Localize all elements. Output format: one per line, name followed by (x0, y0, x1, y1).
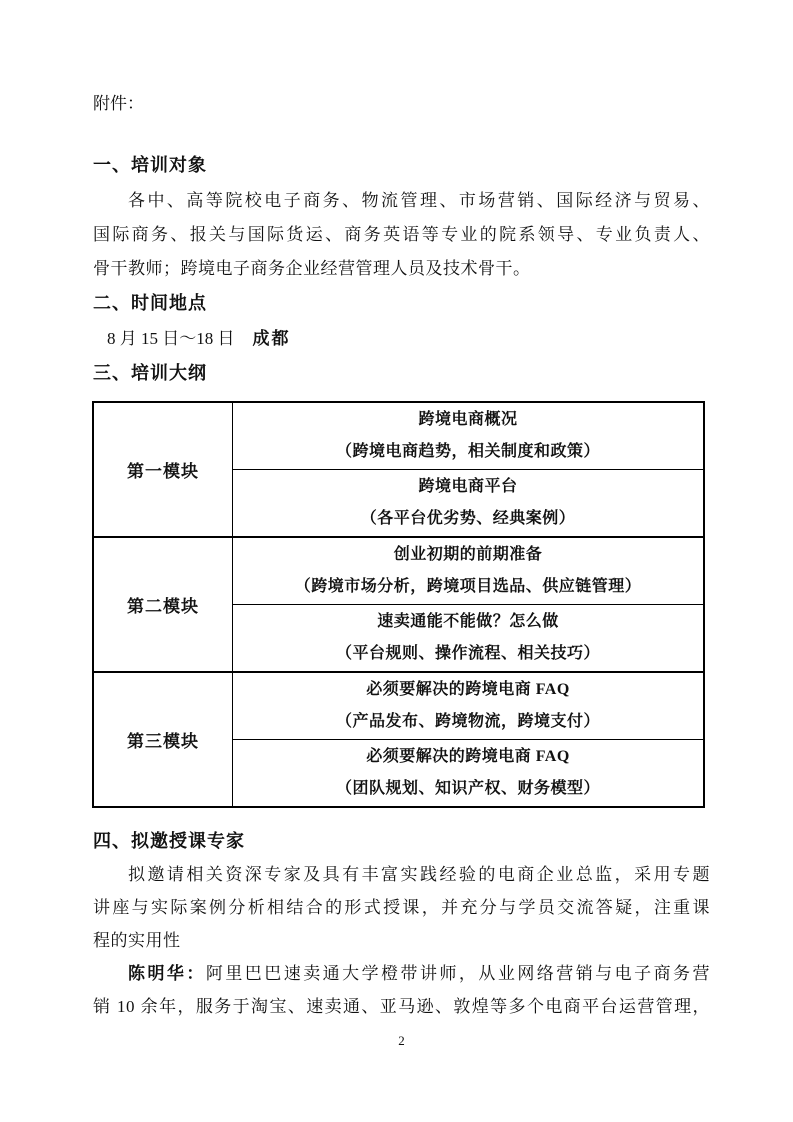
course-cell: 必须要解决的跨境电商 FAQ （团队规划、知识产权、财务模型） (233, 740, 705, 808)
attachment-label: 附件： (93, 87, 710, 121)
course-detail: （团队规划、知识产权、财务模型） (233, 773, 703, 805)
schedule-line: 8 月 15 日～18 日成都 (93, 322, 710, 356)
paragraph-line: 陈明华：阿里巴巴速卖通大学橙带讲师，从业网络营销与电子商务营 (93, 957, 710, 990)
document-content: 附件： 一、培训对象 各中、高等院校电子商务、物流管理、市场营销、国际经济与贸易… (93, 0, 710, 1051)
section-heading-time-location: 二、时间地点 (93, 286, 710, 320)
course-cell: 速卖通能不能做？怎么做 （平台规则、操作流程、相关技巧） (233, 605, 705, 673)
course-cell: 创业初期的前期准备 （跨境市场分析，跨境项目选品、供应链管理） (233, 537, 705, 605)
schedule-location: 成都 (253, 329, 291, 348)
course-detail: （产品发布、跨境物流，跨境支付） (233, 706, 703, 738)
paragraph-line: 国际商务、报关与国际货运、商务英语等专业的院系领导、专业负责人、 (93, 218, 710, 252)
course-title: 必须要解决的跨境电商 FAQ (233, 741, 703, 773)
paragraph-line: 骨干教师；跨境电子商务企业经营管理人员及技术骨干。 (93, 252, 710, 286)
course-detail: （各平台优劣势、经典案例） (233, 503, 703, 535)
course-title: 跨境电商概况 (233, 404, 703, 436)
section-heading-experts: 四、拟邀授课专家 (93, 824, 710, 858)
course-detail: （跨境市场分析，跨境项目选品、供应链管理） (233, 571, 703, 603)
experts-intro-paragraph: 拟邀请相关资深专家及具有丰富实践经验的电商企业总监，采用专题 讲座与实际案例分析… (93, 858, 710, 957)
paragraph-line: 讲座与实际案例分析相结合的形式授课，并充分与学员交流答疑，注重课 (93, 891, 710, 924)
section-heading-training-audience: 一、培训对象 (93, 148, 710, 182)
course-cell: 跨境电商概况 （跨境电商趋势，相关制度和政策） (233, 402, 705, 470)
paragraph-line: 各中、高等院校电子商务、物流管理、市场营销、国际经济与贸易、 (93, 184, 710, 218)
section-heading-outline: 三、培训大纲 (93, 356, 710, 390)
module-name-cell: 第二模块 (93, 537, 233, 672)
document-page: 附件： 一、培训对象 各中、高等院校电子商务、物流管理、市场营销、国际经济与贸易… (0, 0, 793, 1122)
module-name-cell: 第三模块 (93, 672, 233, 807)
outline-table: 第一模块 跨境电商概况 （跨境电商趋势，相关制度和政策） 跨境电商平台 （各平台… (92, 401, 705, 808)
course-title: 跨境电商平台 (233, 471, 703, 503)
expert-bio-text: 阿里巴巴速卖通大学橙带讲师，从业网络营销与电子商务营 (206, 964, 710, 983)
training-audience-paragraph: 各中、高等院校电子商务、物流管理、市场营销、国际经济与贸易、 国际商务、报关与国… (93, 184, 710, 286)
course-detail: （平台规则、操作流程、相关技巧） (233, 638, 703, 670)
paragraph-line: 拟邀请相关资深专家及具有丰富实践经验的电商企业总监，采用专题 (93, 858, 710, 891)
course-detail: （跨境电商趋势，相关制度和政策） (233, 436, 703, 468)
course-title: 速卖通能不能做？怎么做 (233, 606, 703, 638)
course-cell: 跨境电商平台 （各平台优劣势、经典案例） (233, 470, 705, 538)
paragraph-line: 销 10 余年，服务于淘宝、速卖通、亚马逊、敦煌等多个电商平台运营管理， (93, 990, 710, 1023)
page-number: 2 (93, 1031, 710, 1051)
expert-bio-paragraph: 陈明华：阿里巴巴速卖通大学橙带讲师，从业网络营销与电子商务营 销 10 余年，服… (93, 957, 710, 1023)
course-cell: 必须要解决的跨境电商 FAQ （产品发布、跨境物流，跨境支付） (233, 672, 705, 740)
course-title: 创业初期的前期准备 (233, 539, 703, 571)
schedule-date: 8 月 15 日～18 日 (107, 329, 235, 348)
expert-name: 陈明华： (128, 964, 206, 983)
course-title: 必须要解决的跨境电商 FAQ (233, 674, 703, 706)
paragraph-line: 程的实用性 (93, 924, 710, 957)
module-name-cell: 第一模块 (93, 402, 233, 537)
